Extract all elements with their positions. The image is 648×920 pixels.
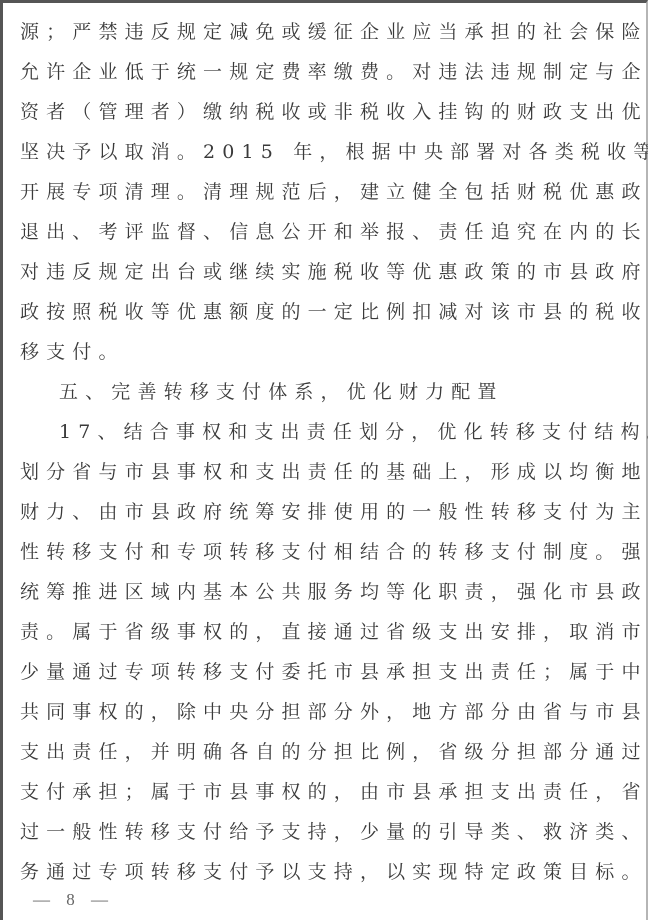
text-line: 退出、考评监督、信息公开和举报、责任追究在内的长效机制， [20,212,636,252]
page-number: — 8 — [33,890,114,910]
text-line: 财力、由市县政府统筹安排使用的一般性转移支付为主体，一般 [20,492,636,532]
text-line: 移支付。 [20,332,636,372]
text-line: 支出责任，并明确各自的分担比例，省级分担部分通过专项转移 [20,732,636,772]
text-line: 对违反规定出台或继续实施税收等优惠政策的市县政府，省级财 [20,252,636,292]
text-line: 少量通过专项转移支付委托市县承担支出责任；属于中央与地方 [20,652,636,692]
paragraph-start-line: 17、结合事权和支出责任划分，优化转移支付结构。在合理 [20,412,636,452]
text-line: 资者（管理者）缴纳税收或非税收入挂钩的财政支出优惠政策， [20,92,636,132]
text-line: 源；严禁违反规定减免或缓征企业应当承担的社会保险缴费，或 [20,12,636,52]
text-line: 支付承担；属于市县事权的，由市县承担支出责任，省级主要通 [20,772,636,812]
document-page: 源；严禁违反规定减免或缓征企业应当承担的社会保险缴费，或 允许企业低于统一规定费… [0,0,648,920]
text-line: 性转移支付和专项转移支付相结合的转移支付制度。强化省政府 [20,532,636,572]
text-line: 共同事权的，除中央分担部分外，地方部分由省与市县共同分担 [20,692,636,732]
text-line: 允许企业低于统一规定费率缴费。对违法违规制定与企业及其投 [20,52,636,92]
text-line: 划分省与市县事权和支出责任的基础上，形成以均衡地区间基本 [20,452,636,492]
text-line: 统筹推进区域内基本公共服务均等化职责，强化市县政府执行职 [20,572,636,612]
text-line: 坚决予以取消。2015 年，根据中央部署对各类税收等优惠政策 [20,132,636,172]
text-line: 开展专项清理。清理规范后，建立健全包括财税优惠政策评估和 [20,172,636,212]
text-line: 责。属于省级事权的，直接通过省级支出安排，取消市县配套， [20,612,636,652]
document-body: 源；严禁违反规定减免或缓征企业应当承担的社会保险缴费，或 允许企业低于统一规定费… [20,12,636,892]
text-line: 政按照税收等优惠额度的一定比例扣减对该市县的税收返还或转 [20,292,636,332]
section-heading: 五、完善转移支付体系，优化财力配置 [20,372,636,412]
text-line: 过一般性转移支付给予支持，少量的引导类、救济类、应急类事 [20,812,636,852]
text-line: 务通过专项转移支付予以支持，以实现特定政策目标。先在环 [20,852,636,892]
